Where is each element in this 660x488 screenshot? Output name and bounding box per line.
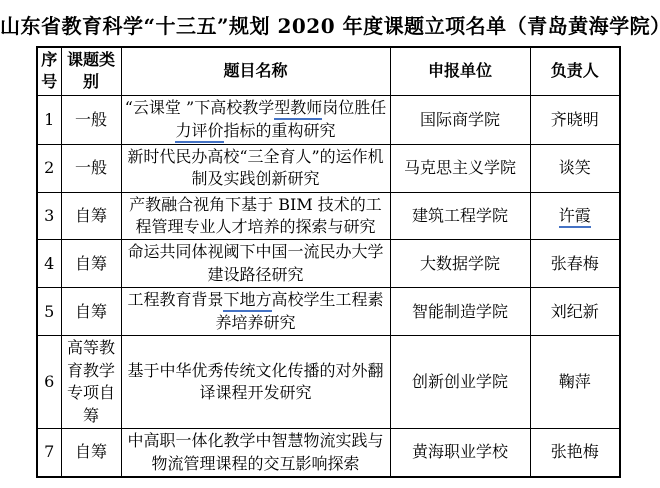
leader-cell: 张艳梅 [530,429,620,477]
serial-cell: 2 [37,144,61,192]
table-header-row: 序号 课题类别 题目名称 申报单位 负责人 [37,47,620,95]
projects-table: 序号 课题类别 题目名称 申报单位 负责人 1 一般 “云课堂 ”下高校教学型教… [36,46,621,478]
plain-text: 齐晓明 [551,110,599,129]
column-header-title: 题目名称 [121,47,390,95]
plain-text: 新时代民办高校“三全育人”的运作机制及实践创新研究 [127,147,383,188]
table-row: 7 自筹 中高职一体化教学中智慧物流实践与物流管理课程的交互影响探索 黄海职业学… [37,429,620,477]
leader-cell: 谈笑 [530,144,620,192]
title-cell: 基于中华优秀传统文化传播的对外翻译课程开发研究 [121,336,390,429]
serial-cell: 5 [37,288,61,336]
plain-text: 张春梅 [551,254,599,273]
title-cell: 工程教育背景下地方高校学生工程素养培养研究 [121,288,390,336]
document-title: 山东省教育科学“十三五”规划 2020 年度课题立项名单（青岛黄海学院） [0,0,660,46]
serial-cell: 6 [37,336,61,429]
unit-cell: 黄海职业学校 [390,429,530,477]
leader-cell: 许霞 [530,192,620,240]
unit-cell: 智能制造学院 [390,288,530,336]
column-header-category: 课题类别 [61,47,121,95]
table-row: 2 一般 新时代民办高校“三全育人”的运作机制及实践创新研究 马克思主义学院 谈… [37,144,620,192]
title-cell: 产教融合视角下基于 BIM 技术的工程管理专业人才培养的探索与研究 [121,192,390,240]
serial-cell: 4 [37,240,61,288]
column-header-leader: 负责人 [530,47,620,95]
table-row: 4 自筹 命运共同体视阈下中国一流民办大学建设路径研究 大数据学院 张春梅 [37,240,620,288]
unit-cell: 建筑工程学院 [390,192,530,240]
document-page: 山东省教育科学“十三五”规划 2020 年度课题立项名单（青岛黄海学院） 序号 … [0,0,660,488]
leader-cell: 齐晓明 [530,95,620,144]
leader-cell: 张春梅 [530,240,620,288]
category-cell: 自筹 [61,288,121,336]
category-cell: 一般 [61,144,121,192]
category-cell: 自筹 [61,240,121,288]
table-row: 3 自筹 产教融合视角下基于 BIM 技术的工程管理专业人才培养的探索与研究 建… [37,192,620,240]
underlined-text: 型教师 [274,98,322,120]
serial-cell: 1 [37,95,61,144]
plain-text: 产教融合视角下基于 BIM 技术的工程管理专业人才培养的探索与研究 [129,195,382,236]
plain-text: 工程教育背景 [127,290,223,309]
title-cell: “云课堂 ”下高校教学型教师岗位胜任力评价指标的重构研究 [121,95,390,144]
table-row: 5 自筹 工程教育背景下地方高校学生工程素养培养研究 智能制造学院 刘纪新 [37,288,620,336]
plain-text: 中高职一体化教学中智慧物流实践与物流管理课程的交互影响探索 [127,431,383,472]
title-cell: 命运共同体视阈下中国一流民办大学建设路径研究 [121,240,390,288]
title-cell: 中高职一体化教学中智慧物流实践与物流管理课程的交互影响探索 [121,429,390,477]
category-cell: 高等教育教学专项自筹 [61,336,121,429]
plain-text: 指标的重构研究 [224,121,336,140]
plain-text: 张艳梅 [551,442,599,461]
column-header-serial: 序号 [37,47,61,95]
unit-cell: 大数据学院 [390,240,530,288]
table-row: 1 一般 “云课堂 ”下高校教学型教师岗位胜任力评价指标的重构研究 国际商学院 … [37,95,620,144]
plain-text: 命运共同体视阈下中国一流民办大学建设路径研究 [127,242,383,283]
unit-cell: 马克思主义学院 [390,144,530,192]
underlined-text: 许霞 [559,206,591,228]
plain-text: 鞠萍 [559,372,591,391]
leader-cell: 刘纪新 [530,288,620,336]
unit-cell: 创新创业学院 [390,336,530,429]
underlined-text: 下地方 [223,290,271,312]
title-cell: 新时代民办高校“三全育人”的运作机制及实践创新研究 [121,144,390,192]
plain-text: 刘纪新 [551,302,599,321]
plain-text: “云课堂 ”下高校教学 [125,98,274,117]
unit-cell: 国际商学院 [390,95,530,144]
serial-cell: 3 [37,192,61,240]
serial-cell: 7 [37,429,61,477]
leader-cell: 鞠萍 [530,336,620,429]
table-row: 6 高等教育教学专项自筹 基于中华优秀传统文化传播的对外翻译课程开发研究 创新创… [37,336,620,429]
underlined-text: 力评价 [175,121,223,143]
plain-text: 基于中华优秀传统文化传播的对外翻译课程开发研究 [127,361,383,402]
plain-text: 岗位胜任 [322,98,386,117]
column-header-unit: 申报单位 [390,47,530,95]
plain-text: 谈笑 [559,158,591,177]
category-cell: 自筹 [61,192,121,240]
category-cell: 一般 [61,95,121,144]
category-cell: 自筹 [61,429,121,477]
